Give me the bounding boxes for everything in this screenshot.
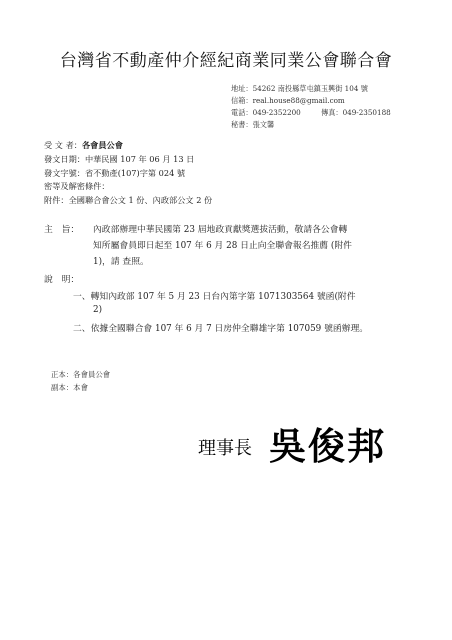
recipient-label: 受 文 者： bbox=[44, 140, 82, 150]
subject-line-3: 1)，請 查照。 bbox=[93, 254, 149, 267]
contact-secretary: 秘書：張文馨 bbox=[231, 120, 274, 130]
explanation-label: 說 明： bbox=[44, 272, 79, 285]
contact-address: 地址：54262 南投縣草屯鎮玉興街 104 號 bbox=[231, 84, 368, 94]
recipient-value: 各會員公會 bbox=[82, 140, 123, 150]
subject-line-2: 知所屬會員即日起至 107 年 6 月 28 日止向全聯會報名推薦 (附件 bbox=[93, 238, 352, 251]
explanation-item-2: 二、依據全國聯合會 107 年 6 月 7 日房仲全聯雄字第 107059 號函… bbox=[73, 321, 368, 334]
attachments: 附件：全國聯合會公文 1 份、內政部公文 2 份 bbox=[44, 195, 212, 206]
explanation-item-1-cont: 2) bbox=[93, 305, 102, 315]
document-number: 發文字號：省不動產(107)字第 024 號 bbox=[44, 168, 185, 179]
explanation-item-1: 一、轉知內政部 107 年 5 月 23 日台內第字第 1071303564 號… bbox=[73, 289, 356, 302]
subject-line-1: 內政部辦理中華民國第 23 屆地政貢獻獎選拔活動，敬請各公會轉 bbox=[93, 222, 347, 235]
signature-title: 理事長 bbox=[198, 434, 252, 460]
contact-email: 信箱：real.house88@gmail.com bbox=[231, 96, 345, 106]
classification: 密等及解密條件： bbox=[44, 181, 110, 192]
recipient-line: 受 文 者：各會員公會 bbox=[44, 140, 123, 151]
document-title: 台灣省不動產仲介經紀商業同業公會聯合會 bbox=[0, 46, 452, 71]
contact-phone: 電話：049-2352200 bbox=[231, 108, 301, 118]
issue-date: 發文日期：中華民國 107 年 06 月 13 日 bbox=[44, 154, 194, 165]
contact-fax: 傳真：049-2350188 bbox=[321, 108, 391, 118]
original-recipient: 正本：各會員公會 bbox=[51, 369, 110, 380]
copy-recipient: 副本：本會 bbox=[51, 382, 88, 393]
signature-name: 吳俊邦 bbox=[269, 416, 386, 470]
subject-label: 主 旨： bbox=[44, 222, 79, 235]
